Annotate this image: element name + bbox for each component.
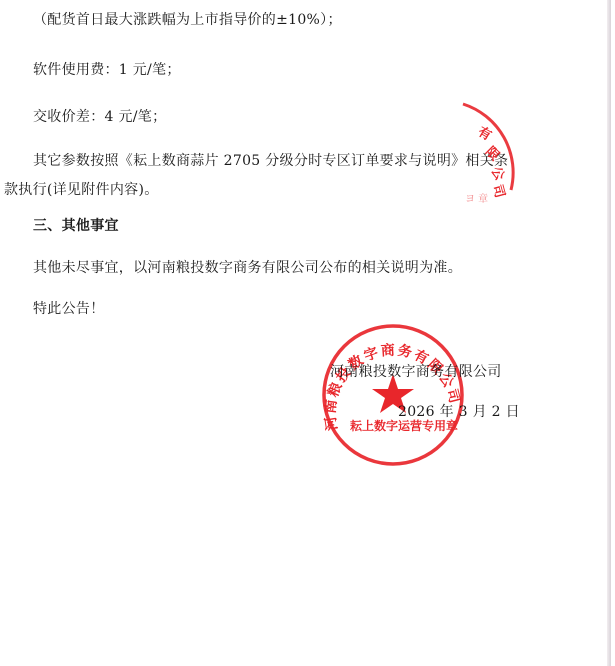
signature-date: 2026 年 3 月 2 日 [398, 403, 520, 421]
delivery-spread-paragraph: 交收价差：4 元/笔； [33, 108, 166, 126]
svg-text:有: 有 [475, 124, 494, 144]
section-three-heading: 三、其他事宜 [33, 217, 119, 235]
other-params-paragraph-line1: 其它参数按照《耘上数商蒜片 2705 分级分时专区订单要求与说明》相关条 [33, 152, 508, 170]
svg-text:ヨ 章: ヨ 章 [465, 192, 488, 205]
closing-paragraph: 特此公告！ [33, 300, 105, 318]
other-matters-paragraph: 其他未尽事宜，以河南粮投数字商务有限公司公布的相关说明为准。 [33, 259, 462, 277]
company-seal-stamp: 河南粮投数字商务有限公司 耘上数字运营专用章 [317, 322, 471, 470]
other-params-paragraph-line2: 款执行(详见附件内容)。 [4, 181, 159, 199]
signature-company: 河南粮投数字商务有限公司 [330, 363, 502, 381]
document-page: （配货首日最大涨跌幅为上市指导价的±10%）； 软件使用费：1 元/笔； 交收价… [0, 0, 611, 666]
software-fee-paragraph: 软件使用费：1 元/笔； [33, 61, 181, 79]
page-edge [607, 0, 611, 666]
svg-text:司: 司 [489, 183, 508, 200]
limit-note-paragraph: （配货首日最大涨跌幅为上市指导价的±10%）； [33, 11, 342, 29]
